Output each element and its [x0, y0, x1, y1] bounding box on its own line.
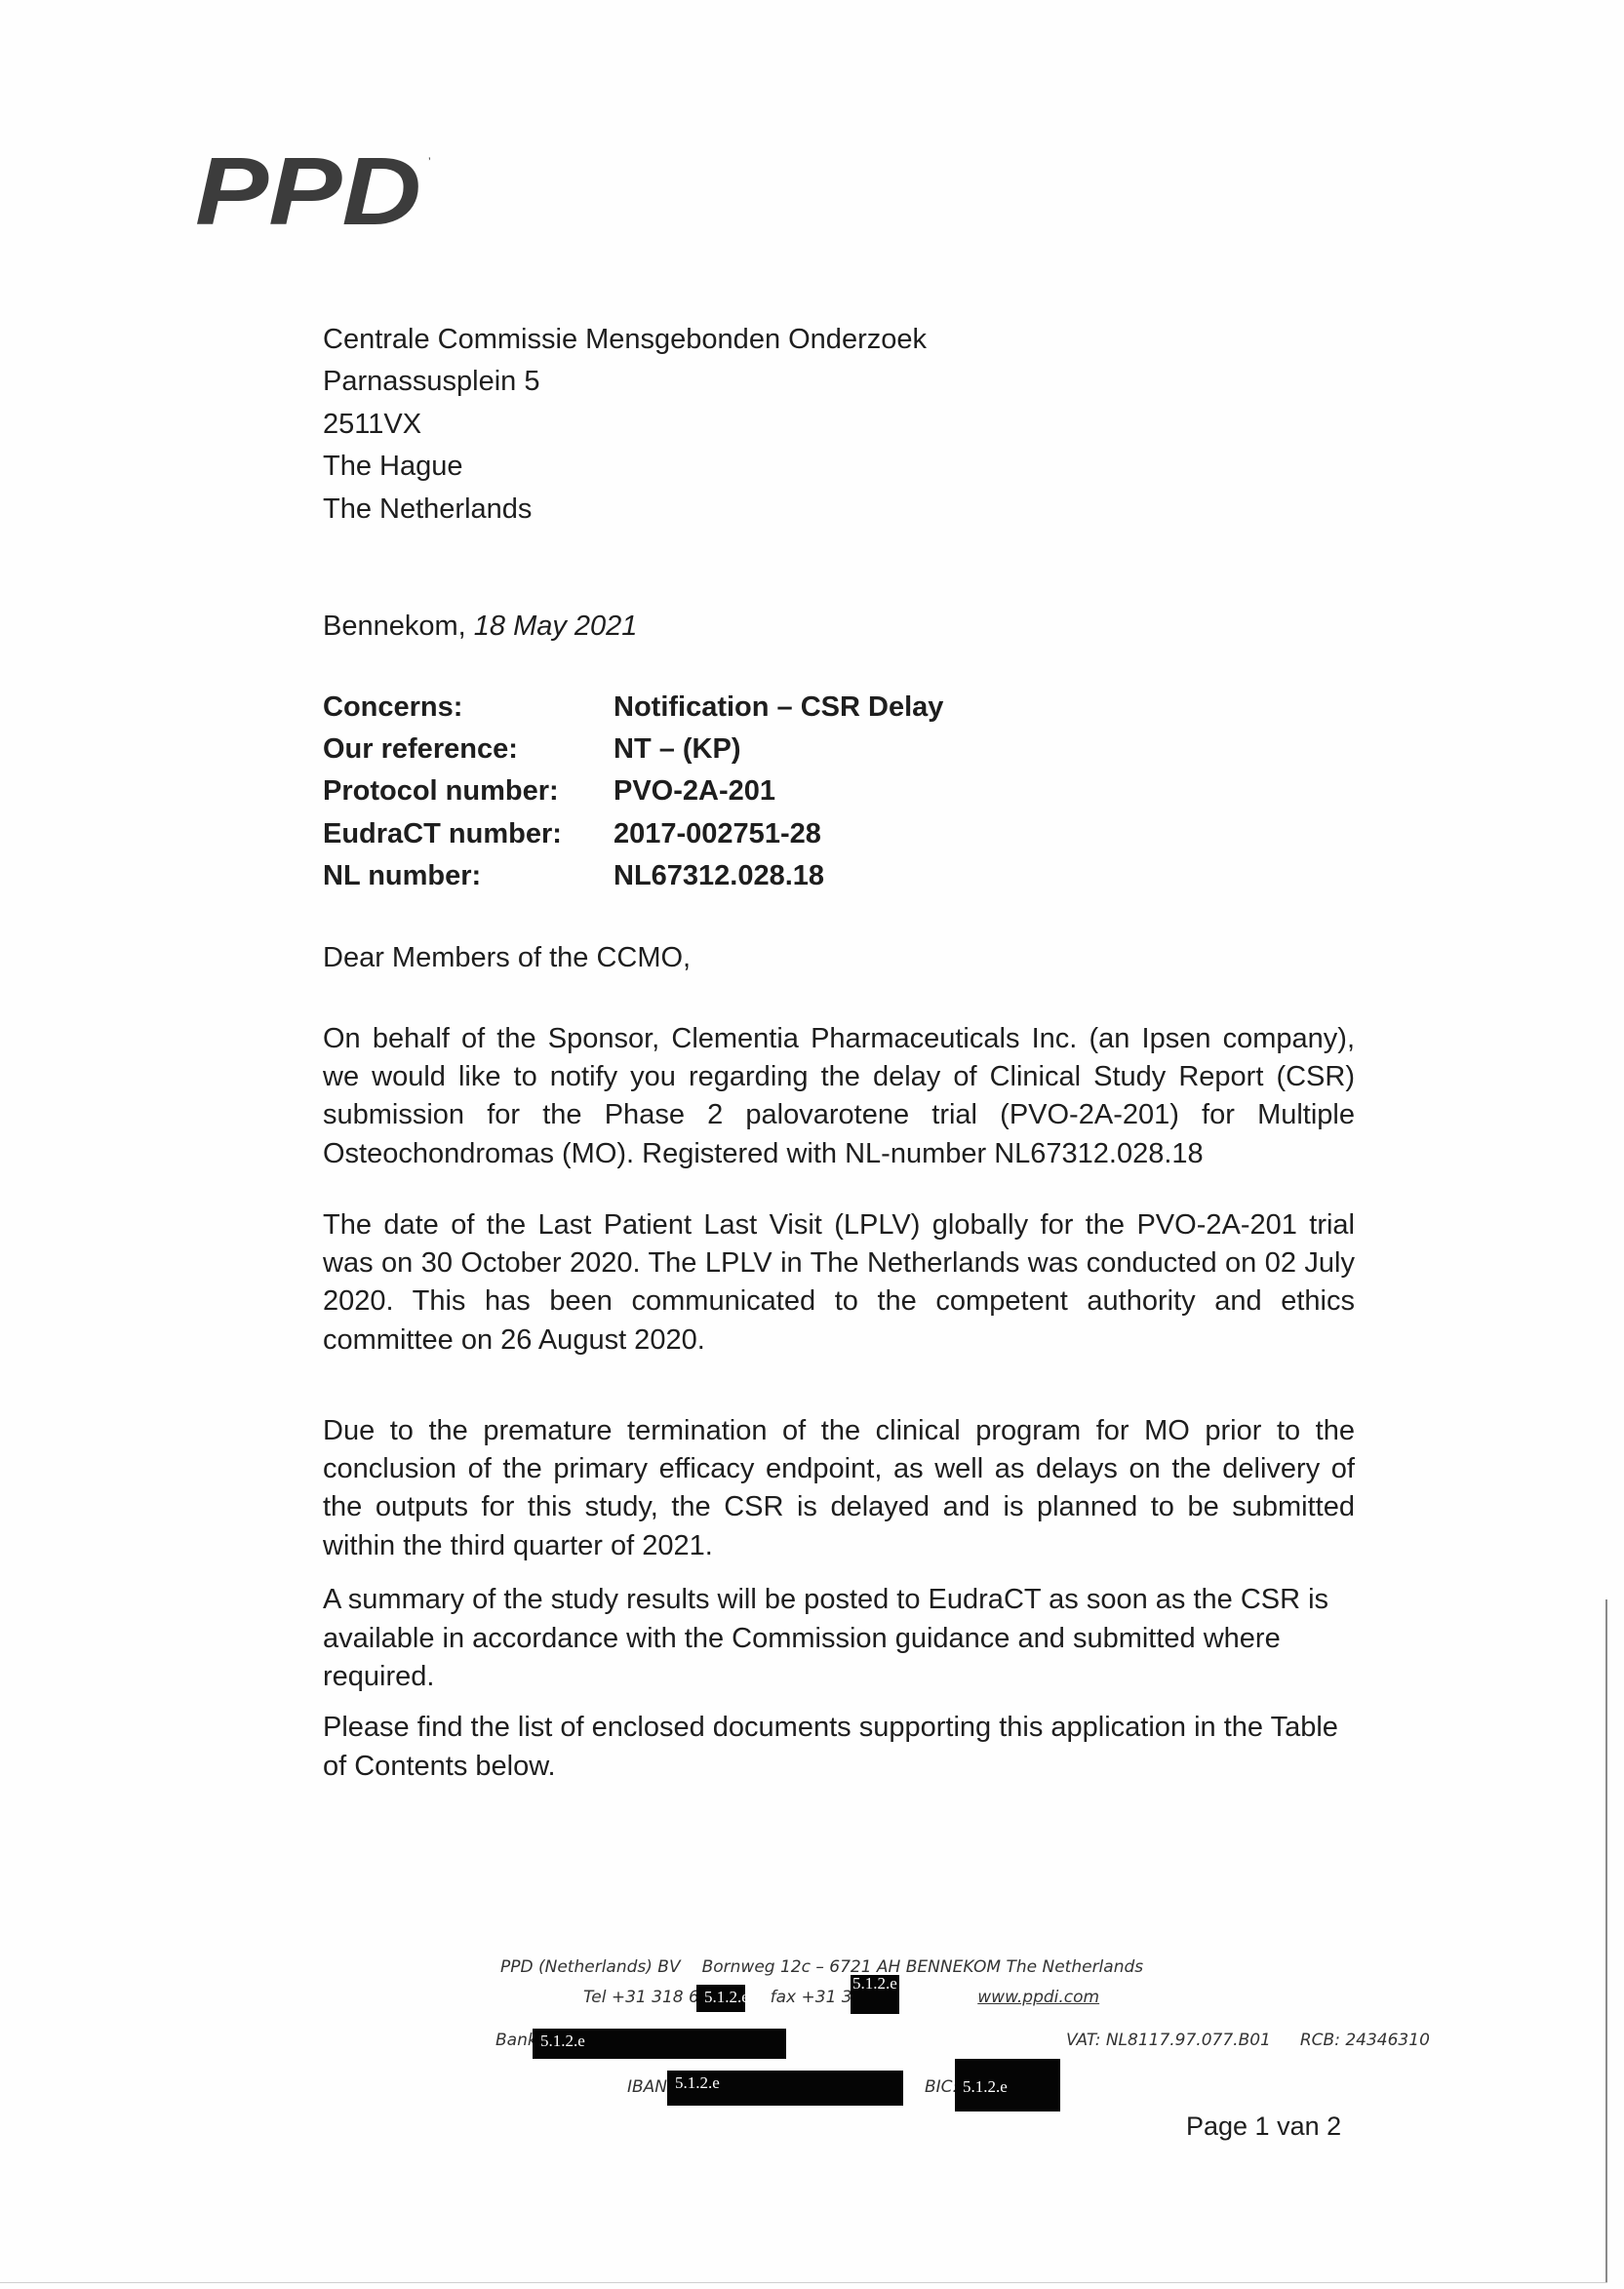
recipient-line: 2511VX — [323, 404, 927, 446]
reference-label: Our reference: — [323, 729, 614, 770]
scan-edge-line — [1605, 1599, 1607, 2282]
footer-iban-label: IBAN — [627, 2077, 667, 2097]
redaction-tel: 5.1.2.e — [696, 1985, 745, 2012]
recipient-address: Centrale Commissie Mensgebonden Onderzoe… — [323, 319, 927, 531]
reference-value: NT – (KP) — [614, 729, 741, 770]
footer-vat: VAT: NL8117.97.077.B01 — [1066, 2031, 1271, 2050]
footer-website-link[interactable]: www.ppdi.com — [977, 1988, 1099, 2007]
body-paragraph: Due to the premature termination of the … — [323, 1412, 1355, 1565]
recipient-line: The Netherlands — [323, 489, 927, 531]
footer-contact-line: Tel +31 318 65fax +31 318 65www.ppdi.com — [583, 1988, 1099, 2007]
redaction-iban: 5.1.2.e — [667, 2071, 903, 2106]
svg-text:’: ’ — [428, 155, 431, 169]
body-paragraph: On behalf of the Sponsor, Clementia Phar… — [323, 1020, 1355, 1173]
reference-block: Concerns: Notification – CSR Delay Our r… — [323, 687, 943, 897]
dateline-place: Bennekom, — [323, 611, 474, 642]
svg-text:PPD: PPD — [195, 146, 421, 234]
footer-vat-rcb: VAT: NL8117.97.077.B01RCB: 24346310 — [1066, 2031, 1430, 2050]
reference-value: PVO-2A-201 — [614, 770, 775, 812]
page-number: Page 1 van 2 — [1186, 2111, 1341, 2142]
footer-rcb: RCB: 24346310 — [1300, 2031, 1430, 2050]
reference-value: 2017-002751-28 — [614, 813, 821, 855]
footer-company: PPD (Netherlands) BV — [500, 1957, 681, 1977]
salutation: Dear Members of the CCMO, — [323, 942, 691, 974]
dateline: Bennekom, 18 May 2021 — [323, 611, 637, 643]
reference-label: Protocol number: — [323, 770, 614, 812]
footer-tel: Tel +31 318 65 — [583, 1988, 710, 2007]
footer-company-line: PPD (Netherlands) BVBornweg 12c – 6721 A… — [500, 1957, 1143, 1977]
body-paragraph: Please find the list of enclosed documen… — [323, 1709, 1355, 1786]
reference-row: EudraCT number: 2017-002751-28 — [323, 813, 943, 855]
redaction-bic: 5.1.2.e — [955, 2059, 1060, 2111]
reference-row: Concerns: Notification – CSR Delay — [323, 687, 943, 729]
footer-address: Bornweg 12c – 6721 AH BENNEKOM The Nethe… — [702, 1957, 1144, 1977]
ppd-logo-icon: PPD ’ — [191, 146, 445, 234]
reference-row: Our reference: NT – (KP) — [323, 729, 943, 770]
reference-value: NL67312.028.18 — [614, 855, 824, 897]
recipient-line: Centrale Commissie Mensgebonden Onderzoe… — [323, 319, 927, 361]
reference-value: Notification – CSR Delay — [614, 687, 943, 729]
recipient-line: Parnassusplein 5 — [323, 361, 927, 403]
body-paragraph: A summary of the study results will be p… — [323, 1581, 1355, 1697]
footer-bic-label: BIC: — [925, 2077, 958, 2097]
redaction-fax: 5.1.2.e — [851, 1975, 899, 2014]
reference-label: Concerns: — [323, 687, 614, 729]
redaction-bank: 5.1.2.e — [533, 2029, 786, 2059]
scan-bottom-edge — [0, 2282, 1607, 2283]
body-paragraph: The date of the Last Patient Last Visit … — [323, 1206, 1355, 1360]
ppd-logo: PPD ’ — [191, 146, 445, 234]
recipient-line: The Hague — [323, 446, 927, 488]
reference-label: EudraCT number: — [323, 813, 614, 855]
reference-label: NL number: — [323, 855, 614, 897]
reference-row: Protocol number: PVO-2A-201 — [323, 770, 943, 812]
reference-row: NL number: NL67312.028.18 — [323, 855, 943, 897]
dateline-date: 18 May 2021 — [474, 611, 638, 642]
